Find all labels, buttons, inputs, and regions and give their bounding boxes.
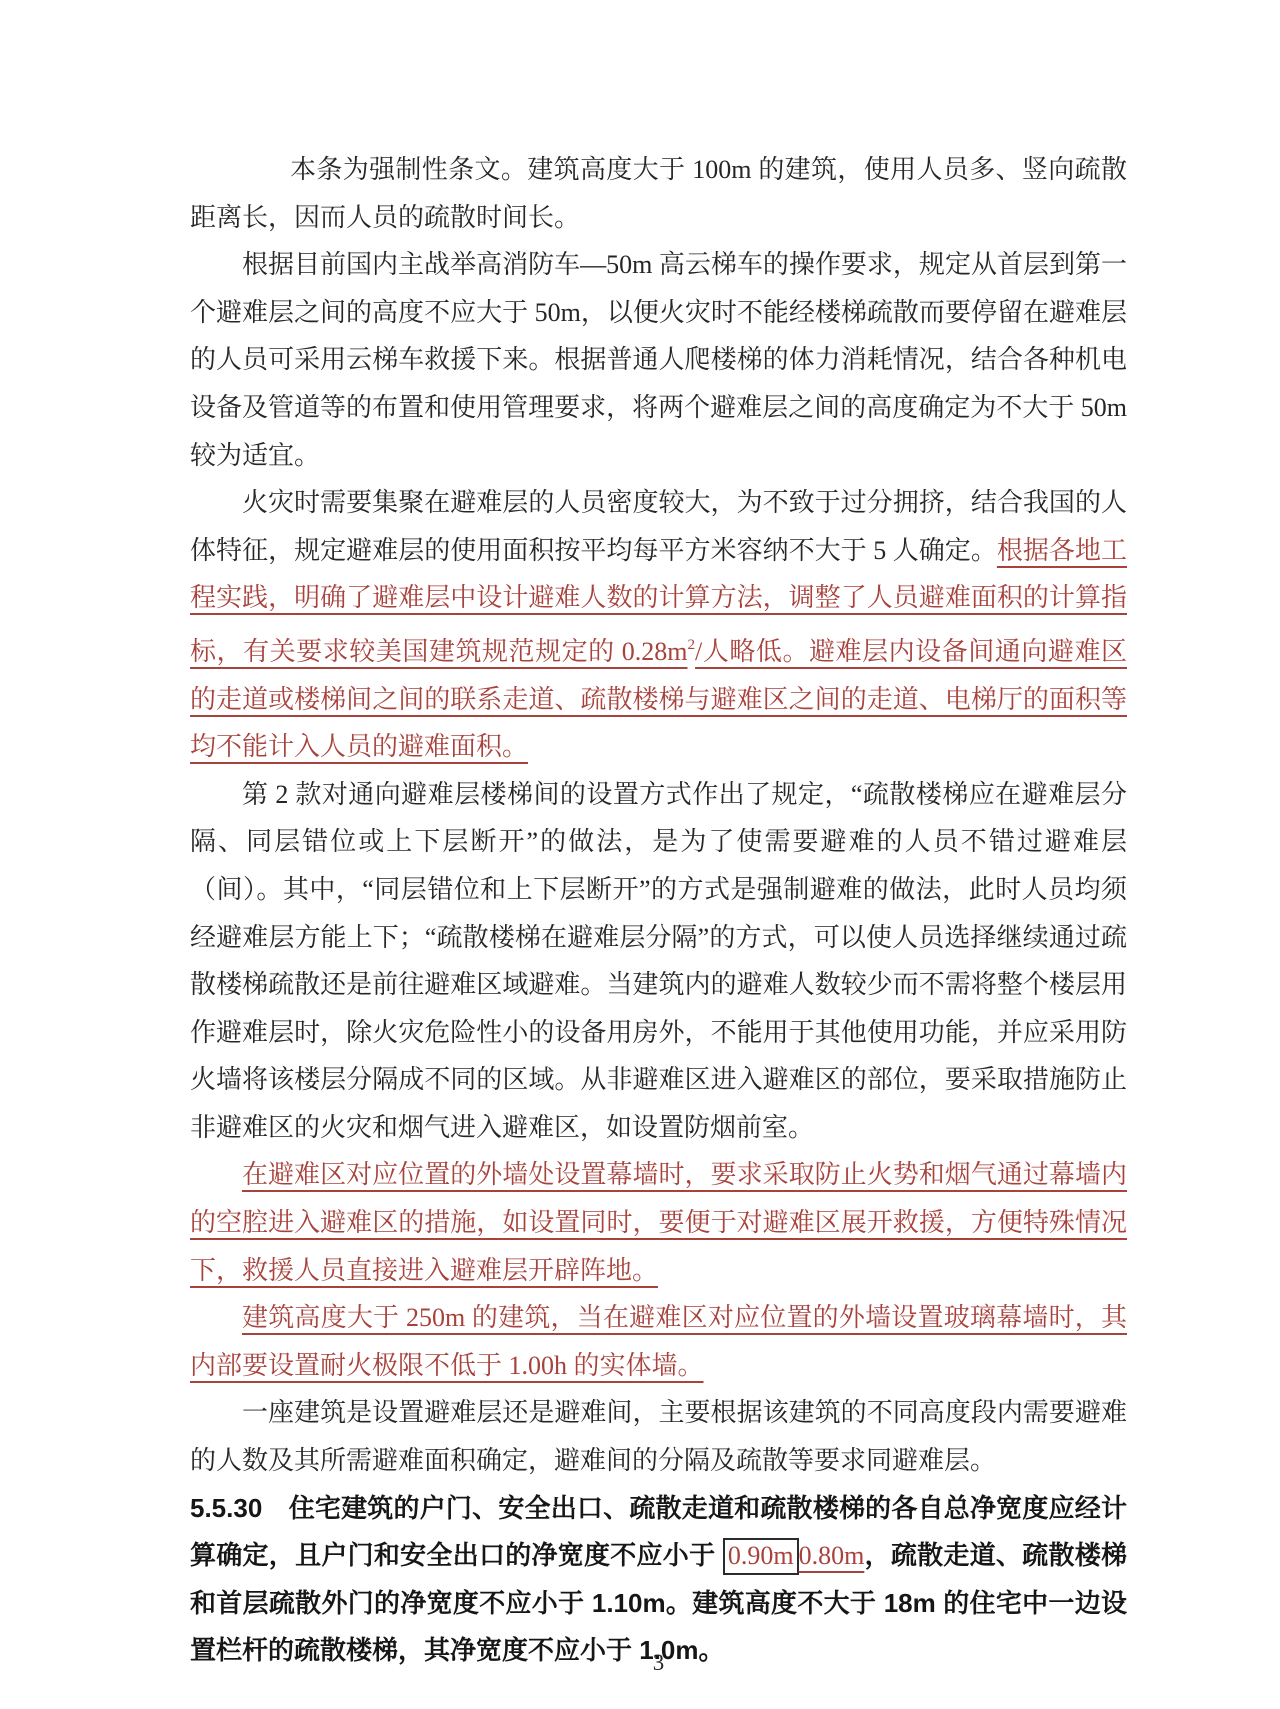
document-page: { "page": { "number": "3", "background":… — [0, 0, 1280, 1709]
para-occupant-density: 火灾时需要集聚在避难层的人员密度较大，为不致于过分拥挤，结合我国的人体特征，规定… — [190, 479, 1127, 771]
text-run-black: 一座建筑是设置避难层还是避难间，主要根据该建筑的不同高度段内需要避难的人数及其所… — [190, 1398, 1127, 1475]
text-run-black: 本条为强制性条文。建筑高度大于 100m 的建筑，使用人员多、竖向疏散距离长，因… — [190, 155, 1127, 232]
page-number: 3 — [190, 1650, 1127, 1676]
para-clause-2-stair-arrangement: 第 2 款对通向避难层楼梯间的设置方式作出了规定，“疏散楼梯应在避难层分隔、同层… — [190, 771, 1127, 1152]
para-clause-5-5-30: 5.5.30 住宅建筑的户门、安全出口、疏散走道和疏散楼梯的各自总净宽度应经计算… — [190, 1485, 1127, 1675]
text-run-red-sup: 2 — [688, 637, 696, 653]
text-run-red-boxed: 0.90m — [723, 1538, 799, 1575]
text-run-black: 根据目前国内主战举高消防车—50m 高云梯车的操作要求，规定从首层到第一个避难层… — [190, 250, 1134, 469]
para-mandatory-clause: 本条为强制性条文。建筑高度大于 100m 的建筑，使用人员多、竖向疏散距离长，因… — [190, 146, 1127, 241]
para-ladder-truck-50m: 根据目前国内主战举高消防车—50m 高云梯车的操作要求，规定从首层到第一个避难层… — [190, 241, 1127, 479]
text-run-black: 火灾时需要集聚在避难层的人员密度较大，为不致于过分拥挤，结合我国的人体特征，规定… — [190, 488, 1127, 565]
text-run-red-underline: 建筑高度大于 250m 的建筑，当在避难区对应位置的外墙设置玻璃幕墙时，其内部要… — [190, 1303, 1127, 1380]
text-run-red-underline: 0.80m — [799, 1541, 865, 1570]
para-refuge-floor-vs-room: 一座建筑是设置避难层还是避难间，主要根据该建筑的不同高度段内需要避难的人数及其所… — [190, 1389, 1127, 1484]
para-250m-glass-curtain-wall: 建筑高度大于 250m 的建筑，当在避难区对应位置的外墙设置玻璃幕墙时，其内部要… — [190, 1294, 1127, 1389]
para-curtain-wall-refuge: 在避难区对应位置的外墙处设置幕墙时，要求采取防止火势和烟气通过幕墙内的空腔进入避… — [190, 1151, 1127, 1294]
text-run-red-underline: 在避难区对应位置的外墙处设置幕墙时，要求采取防止火势和烟气通过幕墙内的空腔进入避… — [190, 1160, 1127, 1284]
text-run-black: 第 2 款对通向避难层楼梯间的设置方式作出了规定，“疏散楼梯应在避难层分隔、同层… — [190, 780, 1127, 1142]
document-body: 本条为强制性条文。建筑高度大于 100m 的建筑，使用人员多、竖向疏散距离长，因… — [190, 146, 1127, 1675]
